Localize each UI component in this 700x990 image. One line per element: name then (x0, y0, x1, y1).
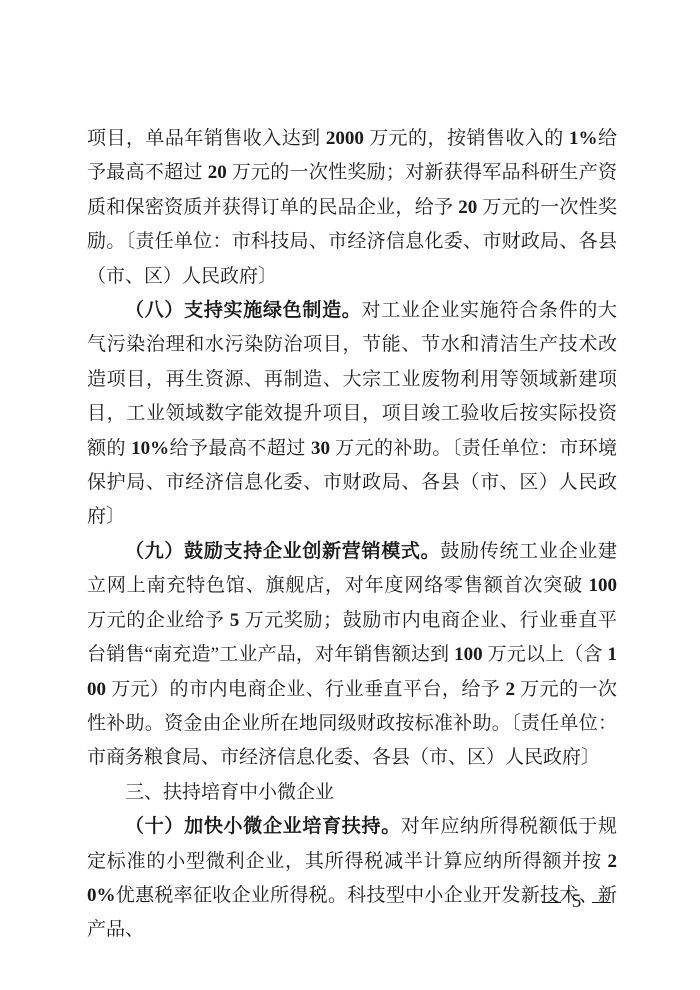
bold-number: 2 (505, 679, 515, 700)
text-segment: 对工业企业实施符合条件的大气污染治理和水污染防治项目，节能、节水和清洁生产技术改… (87, 300, 617, 459)
text-segment: 万元的补助。 (330, 438, 452, 459)
item-lead: （九）鼓励支持企业创新营销模式。 (125, 541, 440, 562)
bold-number: 20 (458, 197, 477, 218)
bold-number: 100 (589, 575, 618, 596)
bold-number: 1% (569, 128, 598, 149)
item-lead: （十）加快小微企业培育扶持。 (125, 816, 401, 837)
paragraph-item-10: （十）加快小微企业培育扶持。对年应纳所得税额低于规定标准的小型微利企业，其所得税… (87, 810, 617, 948)
text-segment: 优惠税率征收企业所得税。科技型中小企业开发新技术、新产品、 (87, 885, 617, 940)
item-lead: （八）支持实施绿色制造。 (125, 300, 362, 321)
text-segment: 万元的企业给予 (87, 610, 230, 631)
heading-text: 三、扶持培育中小微企业 (125, 782, 334, 803)
bold-number: 100 (454, 644, 483, 665)
paragraph-item-8: （八）支持实施绿色制造。对工业企业实施符合条件的大气污染治理和水污染防治项目，节… (87, 294, 617, 535)
bold-number: 30 (311, 438, 330, 459)
text-segment: 万元）的市内电商企业、行业垂直平台，给予 (106, 679, 505, 700)
page-number: — 5 — (542, 891, 614, 913)
paragraph-7-continuation: 项目，单品年销售收入达到 2000 万元的，按销售收入的 1%给予最高不超过 2… (87, 122, 617, 294)
bold-number: 5 (230, 610, 240, 631)
responsible-unit-note: 〔责任单位：市科技局、市经济信息化委、市财政局、各县（市、区）人民政府〕 (87, 231, 617, 286)
bold-number: 20 (208, 162, 227, 183)
paragraph-item-9: （九）鼓励支持企业创新营销模式。鼓励传统工业企业建立网上南充特色馆、旗舰店，对年… (87, 535, 617, 776)
text-segment: 项目，单品年销售收入达到 (87, 128, 326, 149)
document-body: 项目，单品年销售收入达到 2000 万元的，按销售收入的 1%给予最高不超过 2… (87, 122, 617, 948)
text-segment: 给予最高不超过 (169, 438, 311, 459)
bold-number: 2000 (326, 128, 364, 149)
text-segment: 万元以上（含 (483, 644, 608, 665)
text-segment: 万元的，按销售收入的 (364, 128, 569, 149)
bold-number: 10% (131, 438, 169, 459)
document-page: 项目，单品年销售收入达到 2000 万元的，按销售收入的 1%给予最高不超过 2… (0, 0, 700, 990)
section-heading-3: 三、扶持培育中小微企业 (87, 776, 617, 810)
